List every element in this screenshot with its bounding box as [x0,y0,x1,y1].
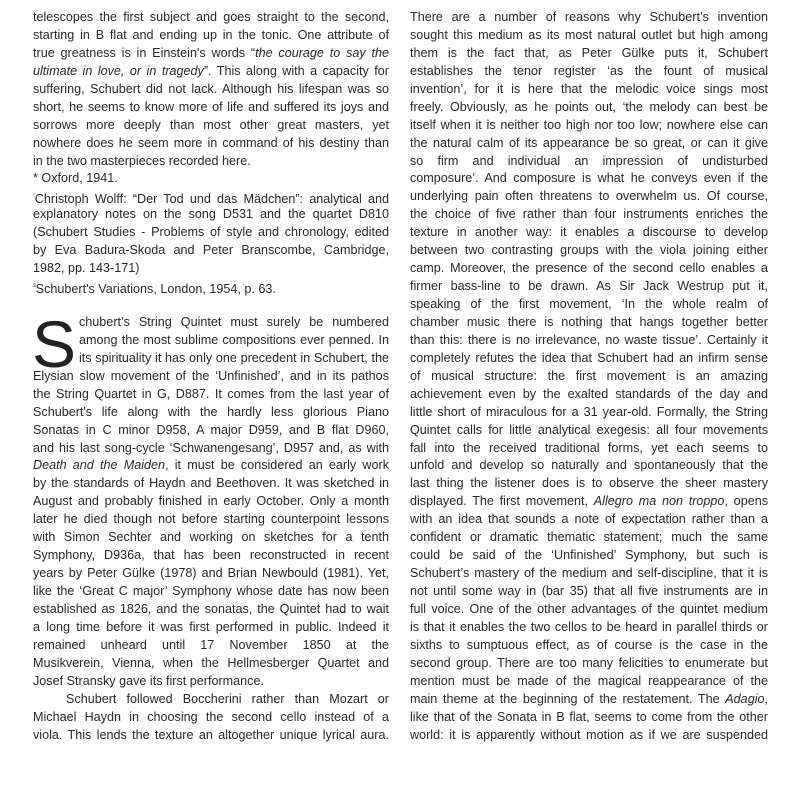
text-line: later he died though not before starting… [33,511,389,529]
text-line: with an idea that sounds a note of expec… [410,511,768,529]
italic-text: Adagio [725,692,764,706]
footnote-marker: ’ [33,192,35,201]
drop-cap: S [32,311,76,377]
text-line: Michael Haydn in choosing the second cel… [33,709,389,727]
text-line: so firm and individual an impression of … [410,153,768,171]
text-line: remained unheard until 17 November 1850 … [33,637,389,655]
text-line: camp. Moreover, the presence of the seco… [410,260,768,278]
text-line: texture in another way: it enables a dis… [410,224,768,242]
text-line: Schubert’s mastery of the medium and sel… [410,565,768,583]
text-line: sorrows more deeply than most other grea… [33,117,389,135]
text-line: chubert’s String Quintet must surely be … [33,314,389,332]
text-line: suffering, Schubert did not lack. Althou… [33,81,389,99]
text-line: in the two masterpieces recorded here. [33,153,389,171]
text-line: the natural calm of its appearance be so… [410,135,768,153]
second-paragraph: Schubert followed Boccherini rather than… [33,691,389,745]
text-line: speaking of the first movement, ‘In the … [410,296,768,314]
text-line: could be said of the ‘Unfinished’ Sympho… [410,547,768,565]
footnote: explanatory notes on the song D531 and t… [33,206,389,224]
text-line: Musikverein, Vienna, when the Hellmesber… [33,655,389,673]
text-line: chamber music there is nothing that hang… [410,314,768,332]
text-line: the choice of five rather than four inst… [410,206,768,224]
text-line: mention must be made of the magical reap… [410,673,768,691]
text-line: displayed. The first movement, Allegro m… [410,493,768,511]
text-line: invention’, for it is here that the melo… [410,81,768,99]
text-line: nowhere does he seem more in command of … [33,135,389,153]
text-line: full voice. One of the other advantages … [410,601,768,619]
left-column: telescopes the first subject and goes st… [33,9,389,744]
text-line: is that it enables the two cellos to be … [410,619,768,637]
footnote: (Schubert Studies - Problems of style an… [33,224,389,242]
text-line: confident or dramatic thematic statement… [410,529,768,547]
text-line: starting in B flat and ending up in the … [33,27,389,45]
footnote: by Eva Badura-Skoda and Peter Branscombe… [33,242,389,260]
text-line: years by Peter Gülke (1978) and Brian Ne… [33,565,389,583]
text-line: by the standards of Haydn and Beethoven.… [33,475,389,493]
text-line: sought this medium as its most natural o… [410,27,768,45]
text-line: Elysian slow movement of the ‘Unfinished… [33,368,389,386]
text-line: underlying pain often threatens to overw… [410,188,768,206]
italic-text: ultimate in love, or in tragedy [33,64,204,78]
text-line: Schubert followed Boccherini rather than… [33,691,389,709]
text-line: telescopes the first subject and goes st… [33,9,389,27]
text-line: August and probably finished in early Oc… [33,493,389,511]
footnote: ’Christoph Wolff: “Der Tod und das Mädch… [33,188,389,206]
text-line: and his last song-cycle ‘Schwanengesang’… [33,440,389,458]
text-line: ultimate in love, or in tragedy”. This a… [33,63,389,81]
text-line: itself when it is neither too high nor t… [410,117,768,135]
footnote-marker: * [33,171,38,185]
right-column: There are a number of reasons why Schube… [410,9,768,744]
text-line: than this: there is no irrelevance, no w… [410,332,768,350]
text-line: the String Quartet in G, D887. It comes … [33,386,389,404]
text-line: world: it is apparently without motion a… [410,727,768,745]
text-line: main theme at the beginning of the resta… [410,691,768,709]
text-line: not until some way in (bar 35) that all … [410,583,768,601]
text-line: completely refutes the idea that Schuber… [410,350,768,368]
footnote-marker: ³ [33,282,36,291]
spacer [33,296,389,314]
text-line: Sonatas in C minor D958, A major D959, a… [33,422,389,440]
text-line: sixths to sumptuous effect, as of course… [410,637,768,655]
text-line: with Simon Sechter and working on sketch… [33,529,389,547]
italic-text: Death and the Maiden [33,458,165,472]
text-line: little short of miraculous for a 31 year… [410,404,768,422]
text-line: a long time before it was first performe… [33,619,389,637]
main-paragraph: S chubert’s String Quintet must surely b… [33,314,389,691]
text-line: true greatness is in Einstein's words “t… [33,45,389,63]
text-line: There are a number of reasons why Schube… [410,9,768,27]
footnote: ³Schubert's Variations, London, 1954, p.… [33,278,389,296]
text-line: unfold and develop so naturally and spon… [410,457,768,475]
text-line: viola. This lends the texture an altoget… [33,727,389,745]
text-line: establishes the tenor register ‘as the f… [410,63,768,81]
text-line: among the most sublime compositions ever… [33,332,389,350]
text-line: Schubert's life along with the hardly le… [33,404,389,422]
footnote: 1982, pp. 143-171) [33,260,389,278]
text-line: Symphony, D936a, that has been reconstru… [33,547,389,565]
text-line: established as 1826, and the sonatas, th… [33,601,389,619]
italic-text: the courage to say the [255,46,389,60]
text-line: like that of the Sonata in B flat, seems… [410,709,768,727]
text-line: short, he seems to know more of life and… [33,99,389,117]
text-line: them is the fact that, as Peter Gülke pu… [410,45,768,63]
text-line: fall into the received traditional forms… [410,440,768,458]
text-line: Quintet calls for little analytical exeg… [410,422,768,440]
text-line: between two contrasting groups with the … [410,242,768,260]
text-line: last thing the listener does is to obser… [410,475,768,493]
text-line: second group. There are too many felicit… [410,655,768,673]
text-line: achievement even by the exalted standard… [410,386,768,404]
right-paragraph: There are a number of reasons why Schube… [410,9,768,744]
text-line: its spirituality it has only one precede… [33,350,389,368]
text-line: Death and the Maiden, it must be conside… [33,457,389,475]
text-line: like the ‘Great C major’ Symphony whose … [33,583,389,601]
intro-paragraph: telescopes the first subject and goes st… [33,9,389,170]
text-line: composure’. And composure is what he con… [410,170,768,188]
italic-text: Allegro ma non troppo [594,494,725,508]
text-line: freely. Obviously, as he points out, ‘th… [410,99,768,117]
text-line: Josef Stransky gave its first performanc… [33,673,389,691]
text-line: of musical structure: the first movement… [410,368,768,386]
text-line: firmer bass-line to be drawn. As Sir Jac… [410,278,768,296]
footnotes: * Oxford, 1941.’Christoph Wolff: “Der To… [33,170,389,296]
footnote: * Oxford, 1941. [33,170,389,188]
